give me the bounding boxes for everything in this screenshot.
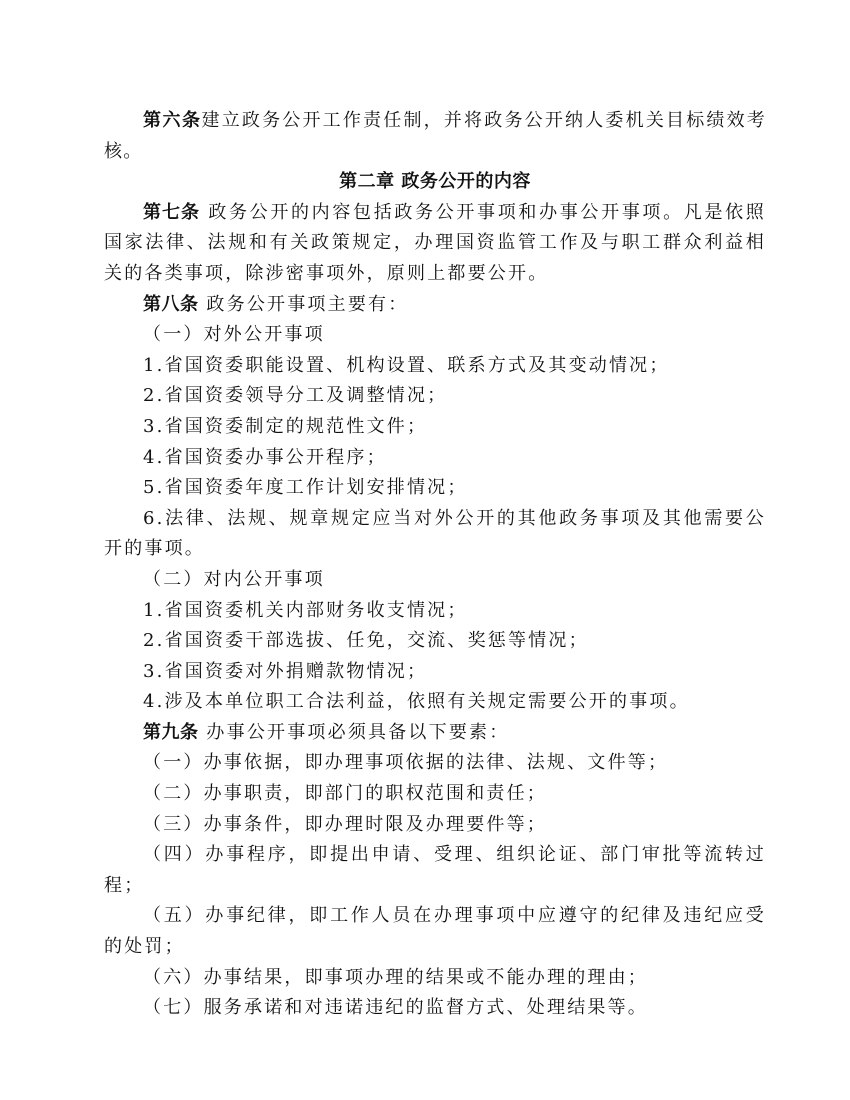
article-9-item: （四）办事程序，即提出申请、受理、组织论证、部门审批等流转过程； — [104, 840, 766, 901]
article-9-item: （二）办事职责，即部门的职权范围和责任； — [104, 779, 766, 810]
external-item: 1.省国资委职能设置、机构设置、联系方式及其变动情况； — [104, 351, 766, 382]
internal-item: 1.省国资委机关内部财务收支情况； — [104, 596, 766, 627]
article-8-text: 政务公开事项主要有： — [199, 294, 409, 315]
article-6-text: 建立政务公开工作责任制，并将政务公开纳人委机关目标绩效考核。 — [104, 110, 766, 162]
internal-item: 2.省国资委干部选拔、任免，交流、奖惩等情况； — [104, 626, 766, 657]
external-heading: （一）对外公开事项 — [104, 320, 766, 351]
article-8: 第八条 政务公开事项主要有： — [104, 290, 766, 321]
article-7: 第七条 政务公开的内容包括政务公开事项和办事公开事项。凡是依照国家法律、法规和有… — [104, 198, 766, 290]
internal-item: 3.省国资委对外捐赠款物情况； — [104, 657, 766, 688]
article-8-label: 第八条 — [143, 294, 199, 315]
chapter-2-title: 第二章 政务公开的内容 — [104, 167, 766, 198]
external-item: 3.省国资委制定的规范性文件； — [104, 412, 766, 443]
article-9-item: （三）办事条件，即办理时限及办理要件等； — [104, 810, 766, 841]
article-9-label: 第九条 — [143, 722, 199, 743]
internal-heading: （二）对内公开事项 — [104, 565, 766, 596]
article-9-item: （五）办事纪律，即工作人员在办理事项中应遵守的纪律及违纪应受的处罚； — [104, 901, 766, 962]
article-9-item: （七）服务承诺和对违诺违纪的监督方式、处理结果等。 — [104, 993, 766, 1024]
article-9-item: （一）办事依据，即办理事项依据的法律、法规、文件等； — [104, 748, 766, 779]
external-item: 5.省国资委年度工作计划安排情况； — [104, 473, 766, 504]
document-page: 第六条建立政务公开工作责任制，并将政务公开纳人委机关目标绩效考核。 第二章 政务… — [104, 106, 766, 1024]
external-item: 2.省国资委领导分工及调整情况； — [104, 381, 766, 412]
external-item: 4.省国资委办事公开程序； — [104, 443, 766, 474]
article-7-text: 政务公开的内容包括政务公开事项和办事公开事项。凡是依照国家法律、法规和有关政策规… — [104, 202, 766, 284]
article-6: 第六条建立政务公开工作责任制，并将政务公开纳人委机关目标绩效考核。 — [104, 106, 766, 167]
article-9: 第九条 办事公开事项必须具备以下要素： — [104, 718, 766, 749]
article-9-text: 办事公开事项必须具备以下要素： — [199, 722, 510, 743]
internal-item: 4.涉及本单位职工合法利益，依照有关规定需要公开的事项。 — [104, 687, 766, 718]
article-9-item: （六）办事结果，即事项办理的结果或不能办理的理由； — [104, 963, 766, 994]
article-7-label: 第七条 — [143, 202, 200, 223]
article-6-label: 第六条 — [143, 110, 202, 131]
external-item: 6.法律、法规、规章规定应当对外公开的其他政务事项及其他需要公开的事项。 — [104, 504, 766, 565]
